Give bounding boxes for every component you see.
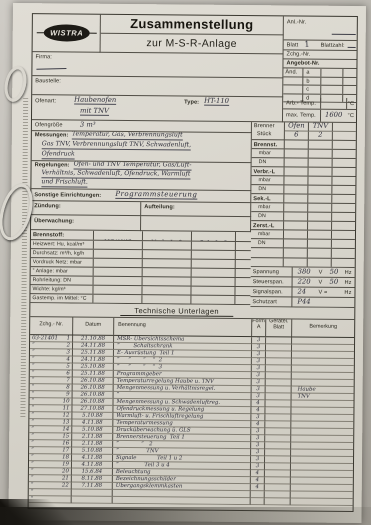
zchg-base: ”	[32, 384, 35, 391]
pressure-cell	[284, 194, 308, 203]
arb-temp-value	[321, 98, 347, 110]
pressure-label: DN	[251, 239, 284, 248]
arb-temp-divider	[283, 97, 321, 109]
anlage-nr-cell: Anl.-Nr.	[284, 16, 357, 41]
fuel-cell: 1800/750	[143, 250, 192, 259]
electrical-unit2: Hz	[344, 290, 351, 296]
zchg-index: 10	[63, 398, 70, 405]
pressure-cell	[332, 222, 355, 231]
pressure-cell	[309, 141, 333, 150]
fuel-cell	[192, 278, 236, 287]
pressure-cell	[284, 167, 308, 176]
wistra-logo: WISTRA	[37, 24, 97, 43]
aenderung-label: Änd.	[283, 68, 303, 77]
electrical-label: Spannung	[251, 267, 293, 277]
pressure-cell	[332, 186, 355, 195]
fuel-cell: 63	[143, 268, 192, 277]
blattzahl-label: Blattzahl:	[321, 43, 345, 49]
zchg-base: ”	[31, 454, 34, 461]
max-temp-value: 1600	[325, 112, 342, 119]
cell-geraetel	[265, 498, 291, 505]
cell-bemerkung	[291, 498, 353, 506]
zchg-base: ”	[31, 433, 34, 440]
blatt-label: Blatt	[287, 42, 299, 48]
pressure-label: Brennst.	[252, 140, 285, 149]
zchg-index: 6	[66, 370, 69, 377]
zchg-base: ”	[31, 482, 34, 489]
pressure-cell	[332, 177, 355, 186]
fuel-cell: 40	[93, 295, 142, 304]
regelungen-cell: Regelungen: Ofen- und TNV Temperatur, Ga…	[31, 161, 251, 191]
pressure-cell	[333, 141, 356, 150]
pressure-cell	[284, 203, 308, 212]
header-datum: Datum	[73, 318, 114, 336]
fuel-cell: 20	[191, 296, 235, 305]
aenderung-empty	[343, 69, 356, 78]
header-form-2: A	[252, 325, 265, 331]
anlage-nr-label: Anl.-Nr.	[287, 19, 307, 25]
fuel-cell	[94, 277, 143, 286]
pressure-label: mbar	[251, 230, 284, 239]
zchg-base: ”	[31, 447, 34, 454]
zchg-base: ”	[32, 342, 35, 349]
fuel-cell: 1,293	[142, 286, 191, 295]
aenderung-empty	[321, 86, 343, 95]
zchg-index: 17	[62, 447, 69, 454]
pressure-cell	[284, 248, 308, 258]
zchg-base: ”	[31, 468, 34, 475]
firma-label: Firma:	[36, 54, 53, 60]
fuel-cell	[235, 287, 250, 296]
zchg-base: ”	[31, 440, 34, 447]
header-zchg: Zchg.- Nr.	[30, 317, 73, 335]
electrical-label: Steuerspan.	[251, 277, 293, 287]
header-bemerkung: Bemerkung	[292, 319, 354, 338]
zchg-index: 22	[62, 482, 69, 489]
msr-form: WISTRA Zusammenstellung zur M-S-R-Anlage…	[28, 13, 358, 512]
pressure-cell	[332, 258, 355, 268]
fuel-cell	[235, 296, 250, 305]
arb-temp-row: Arb.- Temp. °C	[283, 97, 356, 110]
pressure-column: Brennst.mbarDNVerbr.-LmbarDNSek.-LmbarDN…	[251, 140, 356, 268]
cell-form	[251, 498, 265, 505]
ofengroesse-value: 3 m³	[80, 122, 96, 129]
aufteilung-label: Aufteilung:	[144, 204, 175, 210]
brenner-col2-name: TNV	[309, 123, 333, 132]
pressure-cell	[333, 159, 356, 168]
pressure-cell	[284, 176, 308, 185]
fuel-cell: 50	[192, 269, 236, 278]
aenderung-empty	[321, 69, 343, 78]
aenderung-letter: b	[303, 77, 321, 86]
messungen-line-2: Gas TNV, Verbrennungsluft TNV, Schwadenl…	[42, 141, 191, 150]
pressure-cell	[308, 258, 332, 268]
electrical-value: 24V =Hz	[292, 287, 354, 298]
fuel-cell: Verb.-Luft	[143, 231, 192, 241]
brenner-col1-name: Ofen	[285, 122, 309, 131]
electrical-label: Signalspan.	[250, 287, 292, 297]
zchg-index: 19	[62, 461, 69, 468]
ofenart-value-1: Haubenofen	[74, 97, 116, 105]
zchg-index: 9	[66, 391, 69, 398]
electrical-num2: 50	[330, 269, 339, 276]
electrical-num: 220	[298, 278, 311, 285]
header-form: Form. A	[252, 319, 266, 337]
zchg-index: 7	[66, 377, 69, 384]
zchg-index: 8	[66, 384, 69, 391]
electrical-num: 24	[297, 288, 306, 295]
pressure-cell	[284, 258, 308, 268]
pressure-cell	[284, 212, 308, 221]
fuel-cell: 1,293	[191, 287, 235, 296]
firma-cell: Firma:	[32, 52, 283, 78]
zchg-base: ”	[31, 405, 34, 412]
fuel-cell	[236, 260, 251, 269]
electrical-value: 220V50Hz	[293, 277, 355, 288]
fuel-cell: 55	[94, 268, 143, 277]
zchg-base: ”	[32, 370, 35, 377]
brenner-label-1: Brenner	[254, 123, 275, 129]
pressure-cell	[285, 158, 309, 167]
pressure-label: Verbr.-L	[251, 167, 284, 176]
fuel-cell: 20	[142, 295, 191, 304]
logo-cell: WISTRA	[33, 14, 101, 53]
scan-bottom-shadow	[0, 507, 371, 525]
header-geraet: Gerätel. Blatt	[266, 319, 292, 337]
electrical-unit2: Hz	[344, 280, 351, 286]
pressure-cell	[333, 150, 356, 159]
zchg-base: ”	[32, 349, 35, 356]
ofengroesse-label: Ofengröße	[35, 122, 63, 128]
aenderung-empty	[343, 77, 356, 86]
zchg-index: 21	[62, 475, 69, 482]
fuel-cell	[236, 242, 251, 251]
zchg-base: ”	[32, 391, 35, 398]
baustelle-cell: Baustelle:	[32, 76, 283, 97]
sonstige-value: Programmsteuerung	[115, 191, 197, 200]
zchg-index: 15	[62, 433, 69, 440]
pressure-cell	[308, 213, 332, 222]
brenner-col3-count	[333, 132, 356, 141]
tech-table-rows: 03-21401121.10.88MSR- Übersichtsschema3”…	[29, 335, 354, 506]
zchg-base: ”	[31, 461, 34, 468]
blatt-value: 1	[304, 40, 311, 49]
pressure-cell	[308, 204, 332, 213]
max-temp-row: max. Temp. 1600 °C	[283, 109, 356, 123]
brenner-col1-count: 6	[285, 131, 309, 140]
zchg-base: ”	[31, 426, 34, 433]
electrical-num2: 50	[330, 279, 339, 286]
pressure-cell	[332, 249, 355, 259]
fuel-cell	[143, 277, 192, 286]
aenderung-label	[283, 77, 303, 86]
pressure-cell	[308, 186, 332, 195]
angebot-nr-label: Angebot-Nr.	[286, 60, 319, 66]
fuel-table: Brennstoff:NG/AWOVerb.-LuftSek.-LuftHeiz…	[30, 230, 251, 305]
brand-name: WISTRA	[44, 24, 90, 41]
zchg-base: ”	[31, 412, 34, 419]
aenderung-empty	[321, 77, 343, 86]
logo-line-right	[89, 33, 97, 34]
zchg-index: 5	[66, 363, 69, 370]
zchg-index: 12	[63, 412, 70, 419]
pressure-label: mbar	[251, 176, 284, 185]
fuel-cell: 0,714	[93, 286, 142, 295]
zchg-index: 20	[62, 468, 69, 475]
type-value: HT-110	[204, 98, 229, 106]
pressure-cell	[332, 240, 355, 249]
messungen-line-1: Temperatur, Gas, Verbrennungsluft	[72, 132, 183, 140]
zchg-base: ”	[32, 377, 35, 384]
baustelle-label: Baustelle:	[35, 78, 61, 84]
messungen-label: Messungen:	[35, 132, 69, 138]
zchg-index: 14	[62, 426, 69, 433]
pressure-cell	[308, 249, 332, 259]
zchg-base: ”	[32, 356, 35, 363]
electrical-unit: V	[319, 280, 323, 286]
pressure-label: mbar	[252, 149, 285, 158]
pressure-cell	[308, 168, 332, 177]
regelungen-line-3: und Frischluft.	[41, 179, 88, 187]
fuel-cell: NG/AWO	[94, 231, 143, 241]
electrical-column: Spannung380V50HzSteuerspan.220V50HzSigna…	[250, 267, 354, 308]
fuel-cell: 8250	[94, 241, 143, 250]
fuel-cell: 3600	[192, 251, 236, 260]
messungen-cell: Messungen: Temperatur, Gas, Verbrennungs…	[32, 131, 252, 163]
electrical-unit: V	[319, 270, 323, 276]
pressure-cell	[308, 177, 332, 186]
fuel-cell: 180/75	[94, 250, 143, 259]
fuel-cell	[236, 232, 251, 242]
zuendung-cell: Zündung:	[31, 201, 141, 216]
zchg-base: ”	[31, 489, 34, 496]
pressure-label: DN	[251, 212, 284, 221]
max-temp-divider	[283, 109, 321, 122]
blattzahl-line	[348, 47, 356, 48]
aenderung-letter: a	[303, 69, 321, 78]
pressure-cell	[332, 195, 355, 204]
zchg-index: 2	[67, 342, 70, 349]
pressure-cell	[284, 185, 308, 194]
pressure-label: DN	[252, 158, 285, 167]
electrical-num: 380	[298, 268, 311, 275]
pressure-cell	[285, 140, 309, 149]
pressure-cell	[285, 149, 309, 158]
pressure-cell	[308, 222, 332, 231]
pressure-label: DN	[251, 185, 284, 194]
brenner-col3-name	[333, 123, 356, 132]
blatt-cell: Blatt 1 Blattzahl:	[284, 40, 357, 51]
arb-temp-unit: °C	[348, 101, 355, 107]
fuel-cell: Sek.-Luft	[192, 232, 236, 242]
pressure-cell	[284, 230, 308, 239]
zchg-index: 18	[62, 454, 69, 461]
anlage-nr-line	[332, 34, 356, 35]
pressure-cell	[308, 231, 332, 240]
brenner-col2-count: 2	[309, 132, 333, 141]
margin-fineprint	[20, 98, 28, 418]
pressure-cell	[332, 168, 355, 177]
fuel-label: Brennstoff:	[31, 230, 94, 241]
fuel-cell	[236, 251, 251, 260]
brenner-label-2: Stück	[257, 131, 272, 137]
zchg-index: 16	[62, 440, 69, 447]
pressure-label: mbar	[251, 203, 284, 212]
pressure-cell	[308, 240, 332, 249]
zchg-nr-label: Zchg.-Nr.	[287, 51, 311, 57]
pressure-cell	[309, 150, 333, 159]
firma-ink-line	[36, 68, 66, 70]
header-geraet-2: Blatt	[266, 325, 291, 331]
ofenart-label: Ofenart:	[35, 98, 56, 104]
brenner-label-cell: Brenner Stück	[252, 122, 285, 140]
ofenart-value-2: mit TNV	[80, 108, 109, 116]
aenderung-label	[283, 85, 303, 94]
pressure-cell	[308, 195, 332, 204]
electrical-unit2: Hz	[345, 270, 352, 276]
zchg-base: ”	[32, 363, 35, 370]
pressure-cell	[332, 213, 355, 222]
pressure-cell	[284, 239, 308, 248]
cell-benennung	[113, 497, 251, 505]
messungen-line-3: Ofendruck	[42, 151, 75, 159]
tech-title: Technische Unterlagen	[120, 306, 233, 317]
pressure-cell	[332, 204, 355, 213]
header-benennung: Benennung	[114, 318, 252, 337]
aufteilung-cell: Aufteilung:	[141, 202, 251, 217]
pressure-cell	[332, 231, 355, 240]
scanned-document: WISTRA Zusammenstellung zur M-S-R-Anlage…	[0, 0, 371, 525]
zchg-base: ”	[31, 398, 34, 405]
zchg-index: 13	[62, 419, 69, 426]
ueberwachung-cell: Überwachung:	[31, 215, 141, 231]
fuel-cell	[143, 259, 192, 268]
electrical-value: 380V50Hz	[293, 267, 355, 278]
zchg-index: 4	[66, 356, 69, 363]
electrical-unit: V =	[318, 290, 327, 296]
zchg-index: 1	[67, 335, 70, 342]
ofenart-cell: Ofenart: Haubenofen mit TNV Type: HT-110	[32, 95, 283, 122]
fuel-cell	[192, 260, 236, 269]
zchg-index: 3	[66, 349, 69, 356]
paper-sheet: WISTRA Zusammenstellung zur M-S-R-Anlage…	[8, 3, 365, 523]
regelungen-label: Regelungen:	[35, 162, 70, 168]
ueberwachung-label: Überwachung:	[34, 218, 74, 224]
aenderung-letter: c	[303, 86, 321, 95]
zchg-index: 11	[63, 405, 70, 412]
max-temp-unit: °C	[348, 113, 355, 119]
aenderung-empty	[343, 86, 356, 95]
fuel-cell	[192, 242, 236, 251]
type-label: Type:	[184, 99, 199, 105]
fuel-cell	[94, 259, 143, 268]
zuendung-label: Zündung:	[34, 203, 61, 209]
fuel-cell	[236, 278, 251, 287]
form-title: Zusammenstellung	[101, 15, 284, 36]
form-subtitle: zur M-S-R-Anlage	[101, 34, 284, 55]
pressure-cell	[284, 221, 308, 230]
pressure-label: Zerst.-L	[251, 221, 284, 230]
fuel-cell	[143, 241, 192, 250]
pressure-label: Sek.-L	[251, 194, 284, 203]
zchg-base: ”	[31, 419, 34, 426]
zchg-base: ”	[31, 475, 34, 482]
sonstige-label: Sonstige Einrichtungen:	[34, 192, 101, 199]
pressure-cell	[309, 159, 333, 168]
fuel-cell	[236, 269, 251, 278]
pressure-cell	[251, 248, 284, 258]
pressure-cell	[251, 258, 284, 268]
ueberwachung-value-cell	[141, 216, 251, 232]
